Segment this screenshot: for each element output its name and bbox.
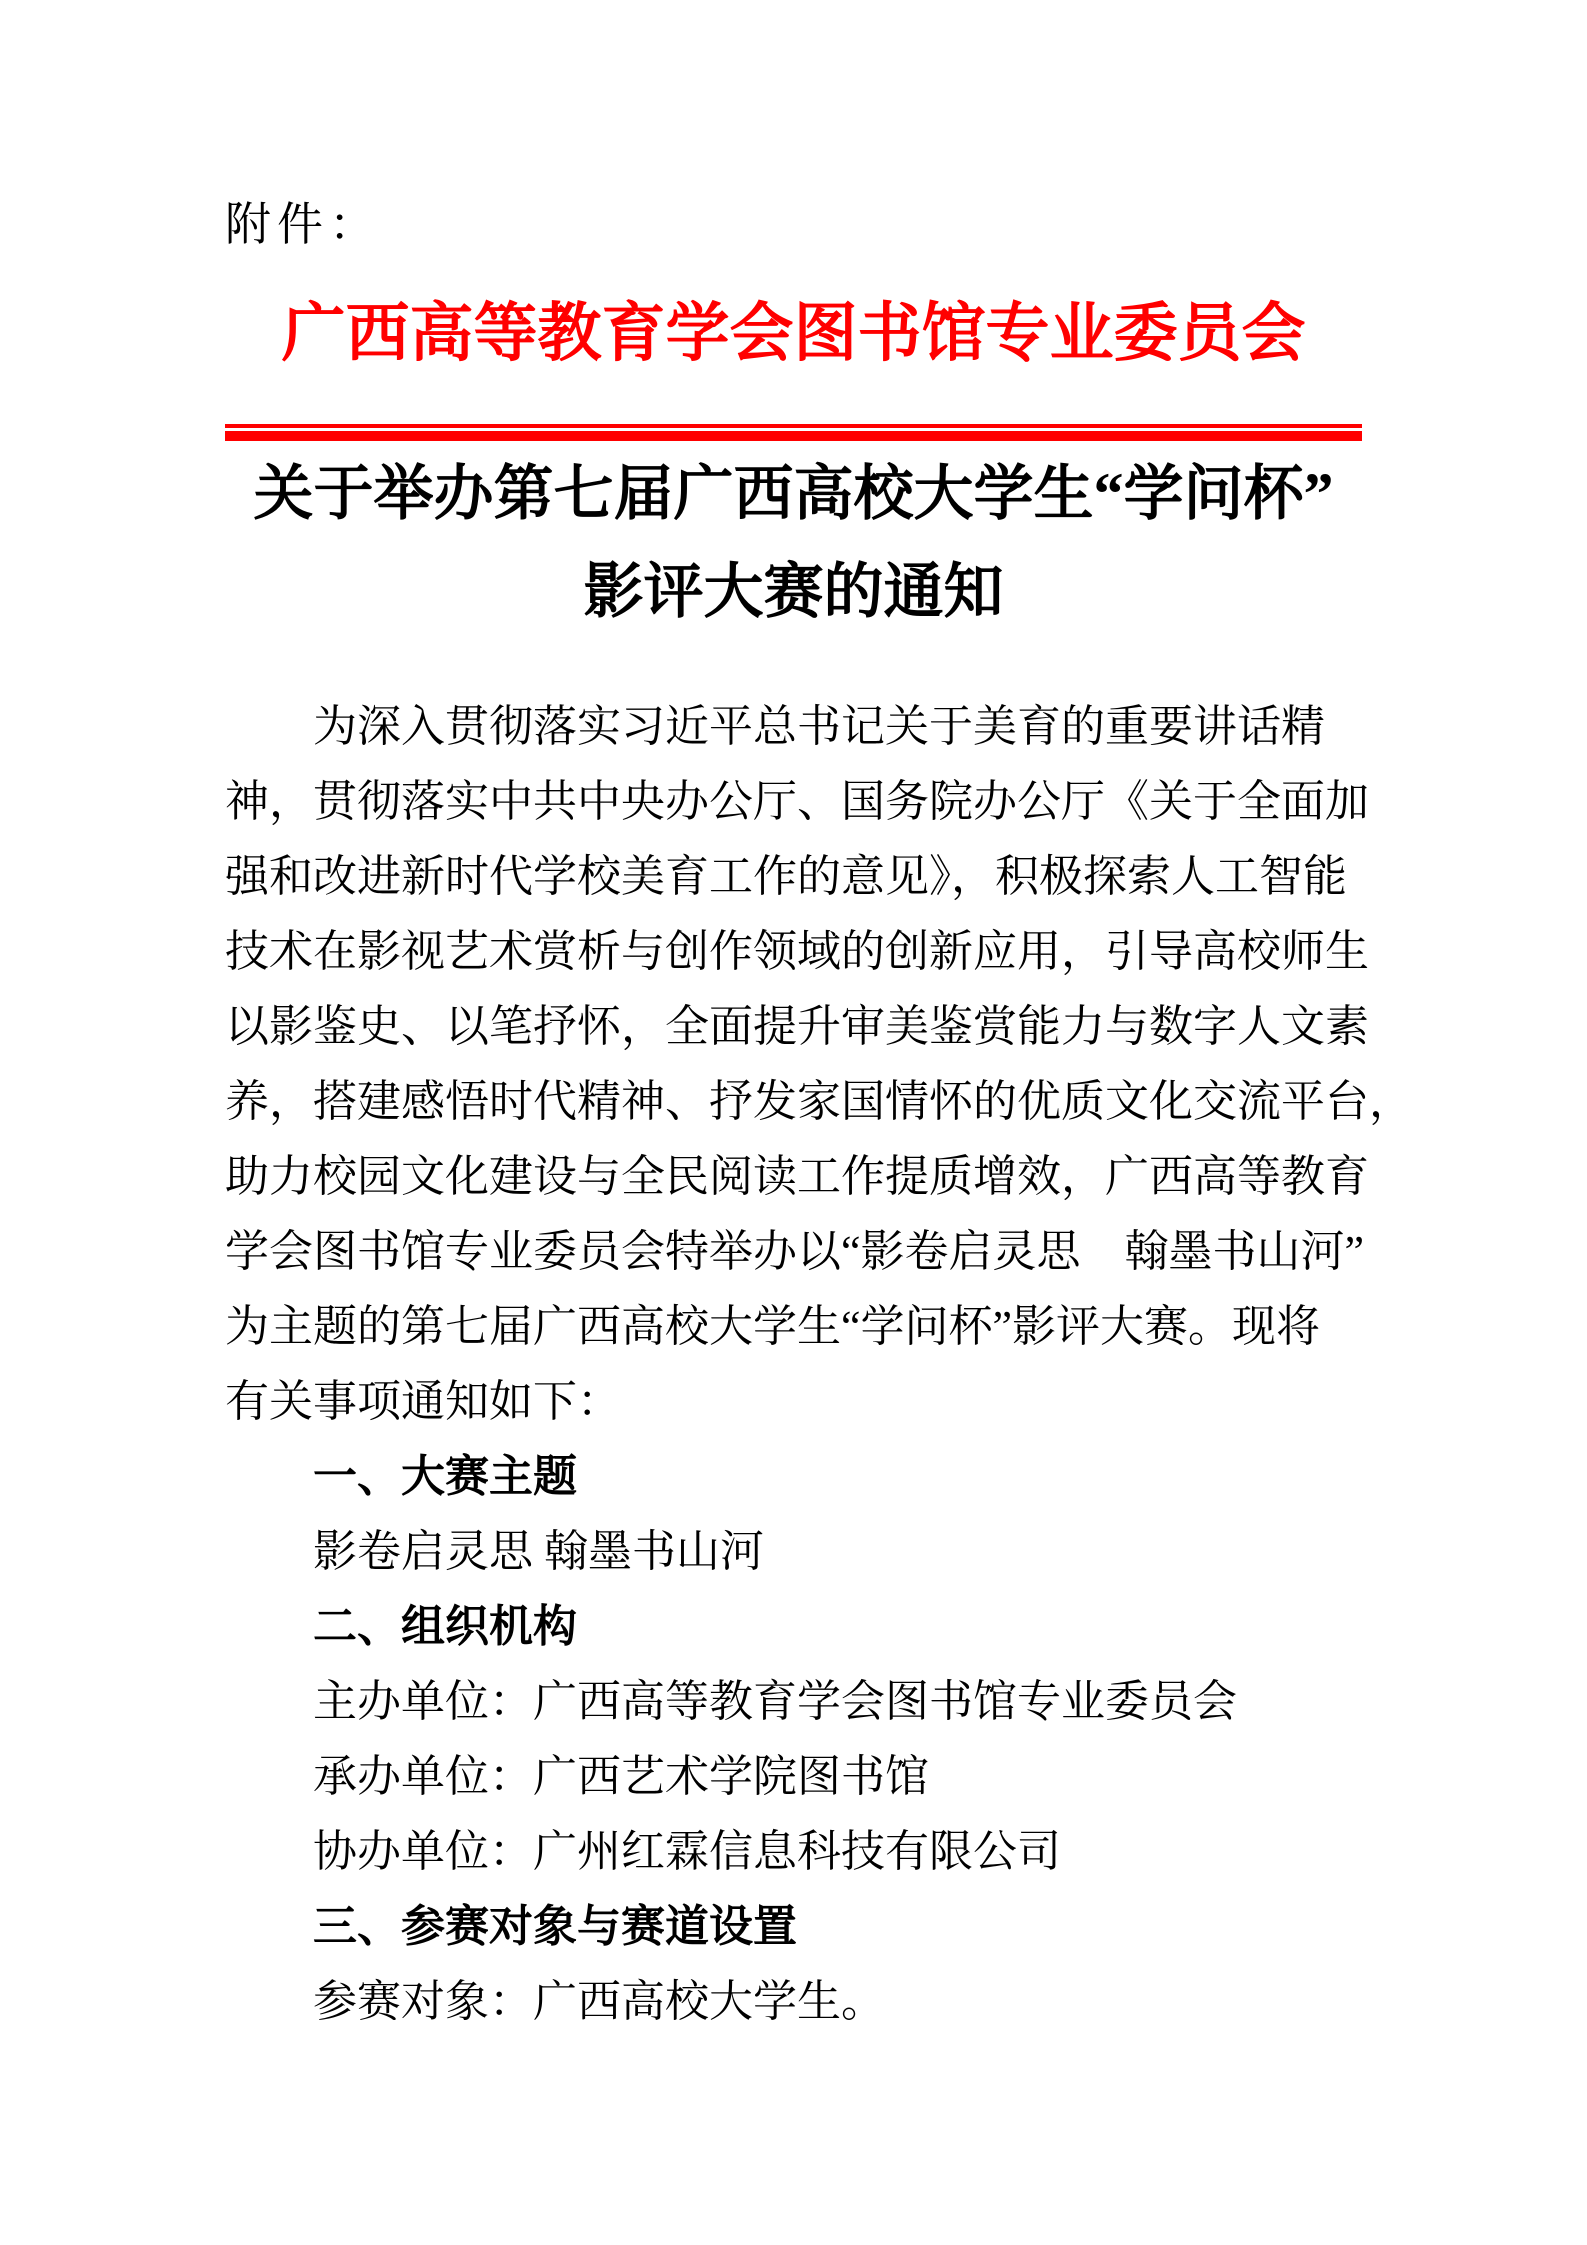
red-divider: [225, 424, 1362, 441]
text-line-para: 神，贯彻落实中共中央办公厅、国务院办公厅《关于全面加: [225, 764, 1362, 839]
document-title: 关于举办第七届广西高校大学生“学问杯” 影评大赛的通知: [225, 445, 1362, 641]
text-line-heading: 一、大赛主题: [225, 1439, 1362, 1514]
text-line-item: 主办单位：广西高等教育学会图书馆专业委员会: [225, 1664, 1362, 1739]
text-line-para: 助力校园文化建设与全民阅读工作提质增效，广西高等教育: [225, 1139, 1362, 1214]
text-line-para-end: 有关事项通知如下：: [225, 1364, 1362, 1439]
text-line-para: 强和改进新时代学校美育工作的意见》，积极探索人工智能: [225, 839, 1362, 914]
document-title-line1: 关于举办第七届广西高校大学生“学问杯”: [225, 445, 1362, 543]
text-line-para: 技术在影视艺术赏析与创作领域的创新应用，引导高校师生: [225, 914, 1362, 989]
text-line-item: 影卷启灵思 翰墨书山河: [225, 1514, 1362, 1589]
text-line-para: 养，搭建感悟时代精神、抒发家国情怀的优质文化交流平台，: [225, 1064, 1362, 1139]
red-divider-thick-line: [225, 431, 1362, 441]
document-page: 附件： 广西高等教育学会图书馆专业委员会 关于举办第七届广西高校大学生“学问杯”…: [0, 0, 1587, 2245]
text-line-item: 参赛对象：广西高校大学生。: [225, 1964, 1362, 2039]
text-line-item: 协办单位：广州红霖信息科技有限公司: [225, 1814, 1362, 1889]
text-line-para-first: 为深入贯彻落实习近平总书记关于美育的重要讲话精: [225, 689, 1362, 764]
attachment-label: 附件：: [225, 190, 1362, 260]
document-body: 为深入贯彻落实习近平总书记关于美育的重要讲话精神，贯彻落实中共中央办公厅、国务院…: [225, 689, 1362, 2039]
text-line-para: 学会图书馆专业委员会特举办以“影卷启灵思 翰墨书山河”: [225, 1214, 1362, 1289]
text-line-para: 为主题的第七届广西高校大学生“学问杯”影评大赛。现将: [225, 1289, 1362, 1364]
text-line-heading: 三、参赛对象与赛道设置: [225, 1889, 1362, 1964]
text-line-para: 以影鉴史、以笔抒怀，全面提升审美鉴赏能力与数字人文素: [225, 989, 1362, 1064]
organization-title: 广西高等教育学会图书馆专业委员会: [225, 284, 1362, 384]
document-title-line2: 影评大赛的通知: [225, 543, 1362, 641]
text-line-heading: 二、组织机构: [225, 1589, 1362, 1664]
text-line-item: 承办单位：广西艺术学院图书馆: [225, 1739, 1362, 1814]
